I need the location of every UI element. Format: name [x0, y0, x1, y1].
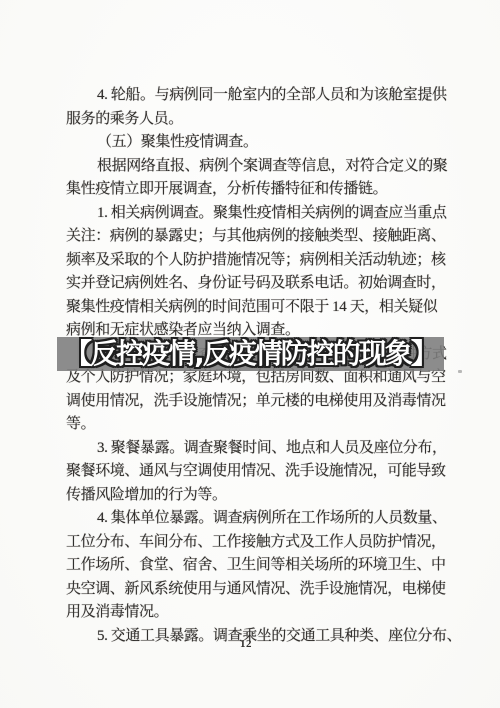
- text-line: 用及消毒情况。: [66, 601, 444, 625]
- text-line: 4. 集体单位暴露。调查病例所在工作场所的人员数量、: [66, 507, 444, 531]
- text-line: 工作场所、食堂、宿舍、卫生间等相关场所的环境卫生、中: [66, 554, 444, 578]
- scan-speck: [458, 370, 462, 373]
- text-line: 等。: [66, 413, 444, 437]
- text-line: 4. 轮船。与病例同一舱室内的全部人员和为该舱室提供: [66, 84, 444, 108]
- watermark-title-band: 【反控疫情,反疫情防控的现象】: [57, 337, 444, 371]
- text-line: 根据网络直报、病例个案调查等信息，对符合定义的聚: [66, 155, 444, 179]
- scanned-document-page: 4. 轮船。与病例同一舱室内的全部人员和为该舱室提供服务的乘务人员。（五）聚集性…: [0, 0, 500, 708]
- text-line: 聚餐环境、通风与空调使用情况、洗手设施情况，可能导致: [66, 460, 444, 484]
- watermark-title: 【反控疫情,反疫情防控的现象】: [64, 337, 437, 371]
- text-line: 频率及采取的个人防护措施情况等；病例相关活动轨迹；核: [66, 249, 444, 273]
- page-number: 12: [0, 638, 492, 650]
- text-line: 传播风险增加的行为等。: [66, 484, 444, 508]
- text-line: （五）聚集性疫情调查。: [66, 131, 444, 155]
- text-line: 服务的乘务人员。: [66, 108, 444, 132]
- text-line: 实并登记病例姓名、身份证号码及联系电话。初始调查时，: [66, 272, 444, 296]
- text-line: 3. 聚餐暴露。调查聚餐时间、地点和人员及座位分布，: [66, 437, 444, 461]
- text-line: 央空调、新风系统使用与通风情况、洗手设施情况，电梯使: [66, 578, 444, 602]
- text-line: 聚集性疫情相关病例的时间范围可不限于 14 天，相关疑似: [66, 296, 444, 320]
- text-line: 关注：病例的暴露史；与其他病例的接触类型、接触距离、: [66, 225, 444, 249]
- text-line: 工位分布、车间分布、工作接触方式及工作人员防护情况，: [66, 531, 444, 555]
- text-line: 1. 相关病例调查。聚集性疫情相关病例的调查应当重点: [66, 202, 444, 226]
- text-line: 调使用情况，洗手设施情况；单元楼的电梯使用及消毒情况: [66, 390, 444, 414]
- text-line: 集性疫情立即开展调查，分析传播特征和传播链。: [66, 178, 444, 202]
